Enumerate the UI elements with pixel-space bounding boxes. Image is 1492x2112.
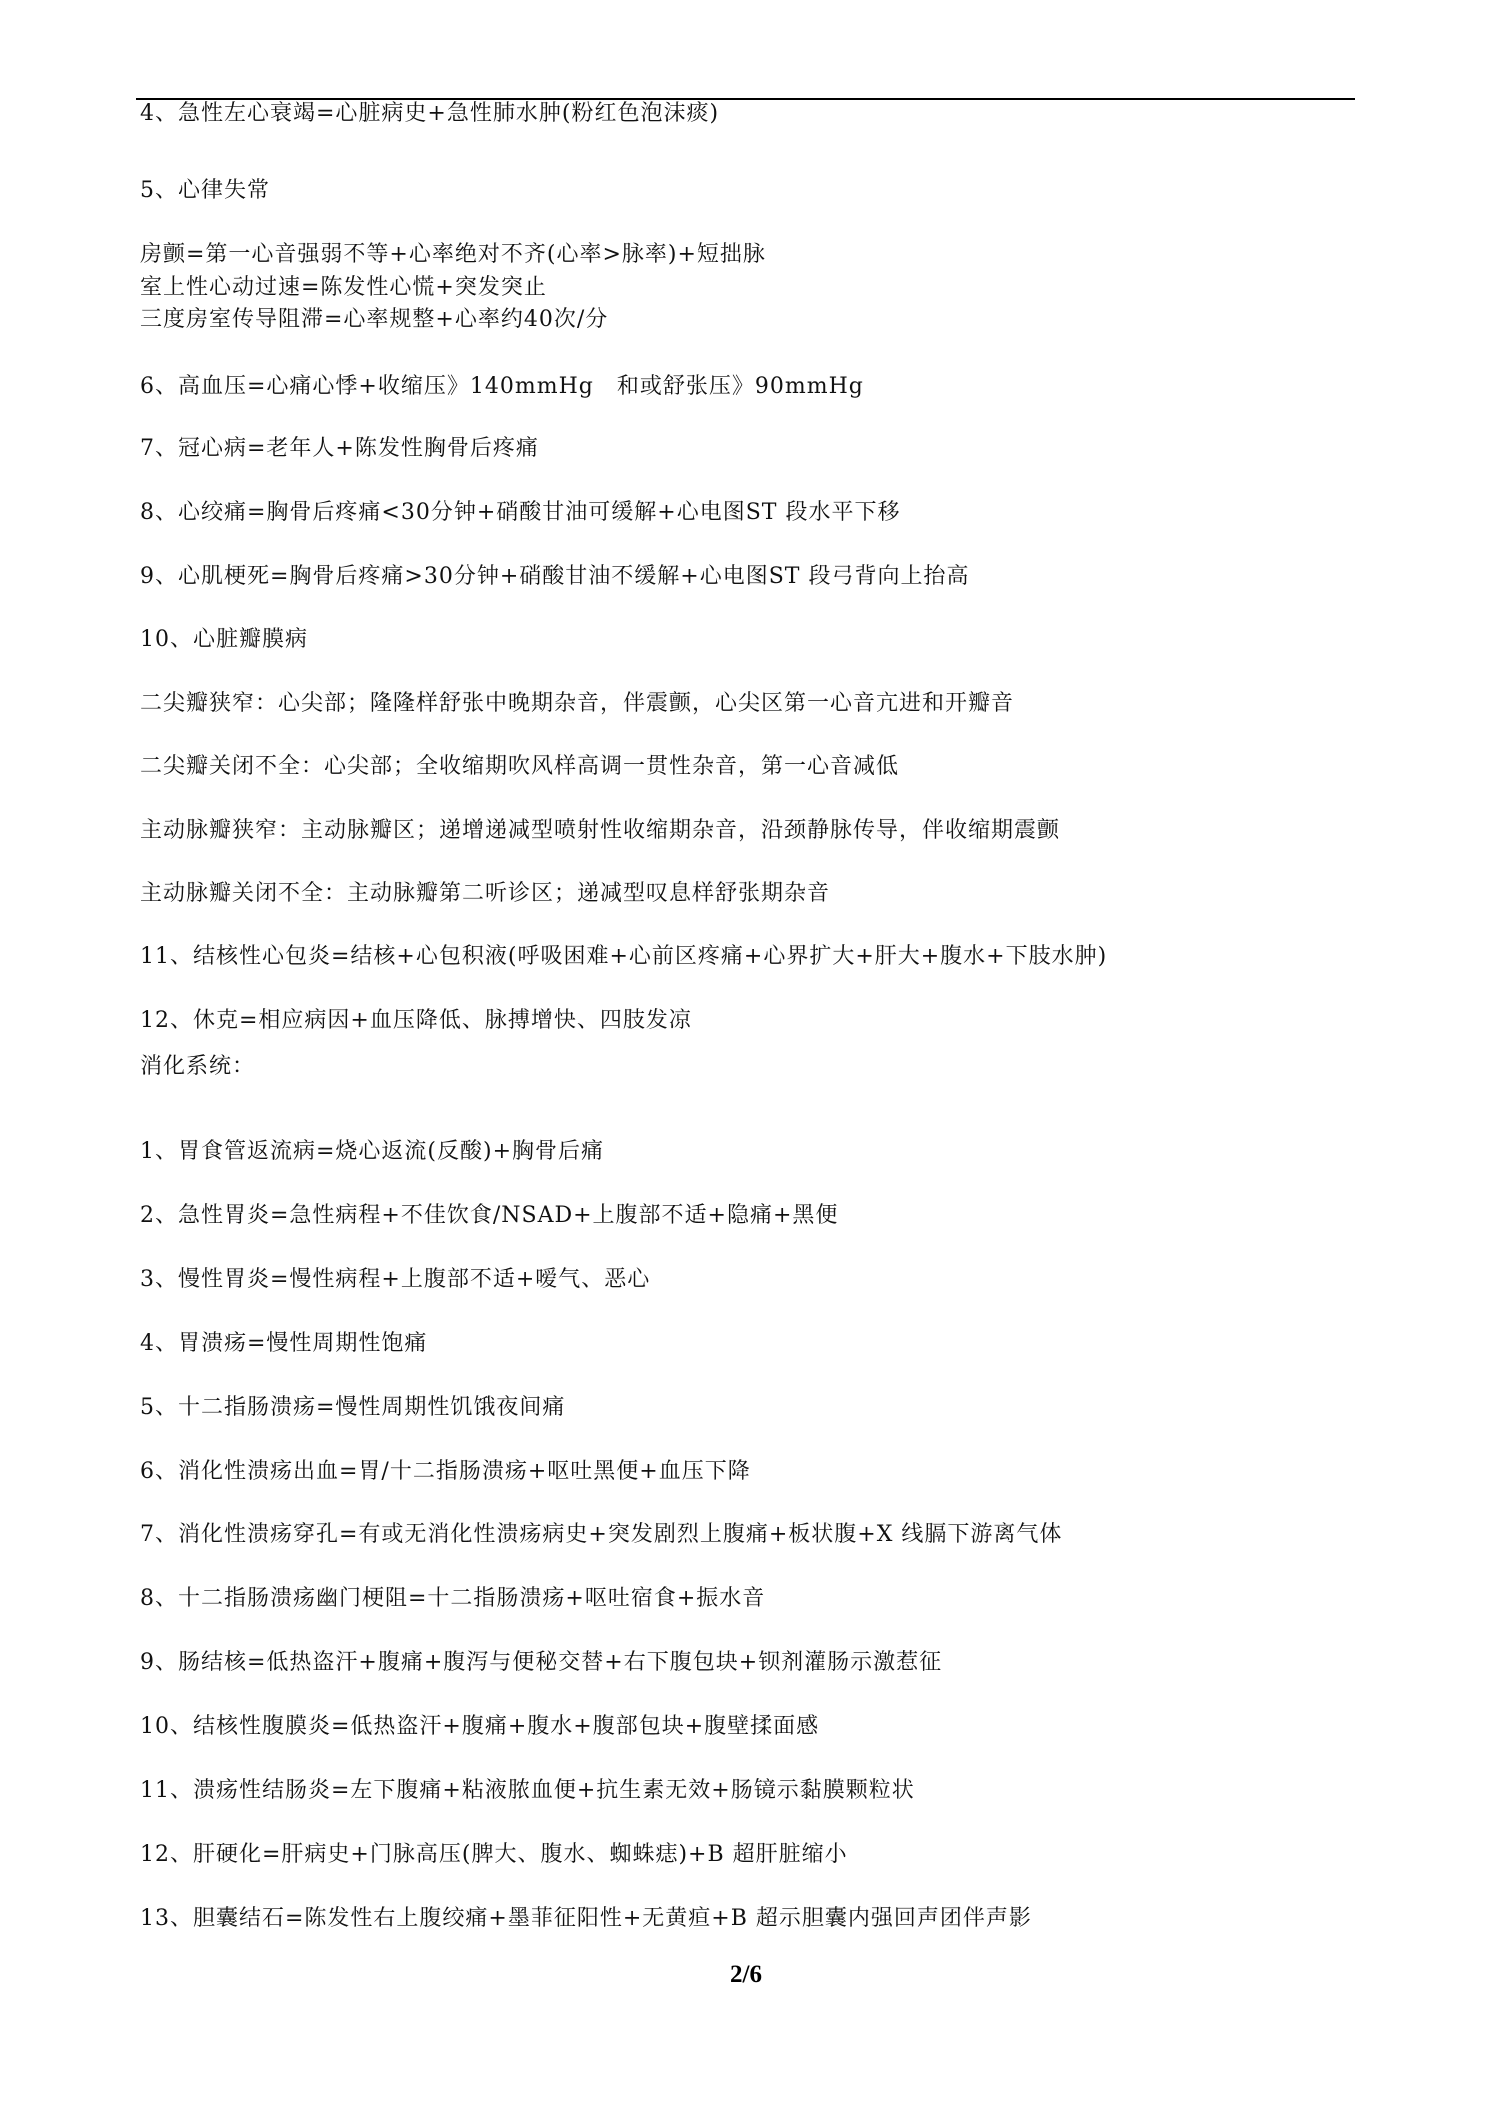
cardio-item-line: 室上性心动过速=陈发性心慌+突发突止 [140, 273, 547, 303]
digestive-item-line: 2、急性胃炎=急性病程+不佳饮食/NSAD+上腹部不适+隐痛+黑便 [140, 1201, 838, 1231]
cardio-item-line: 9、心肌梗死=胸骨后疼痛>30分钟+硝酸甘油不缓解+心电图ST 段弓背向上抬高 [140, 562, 969, 592]
cardio-item-line: 8、心绞痛=胸骨后疼痛<30分钟+硝酸甘油可缓解+心电图ST 段水平下移 [140, 498, 900, 528]
digestive-item-line: 9、肠结核=低热盗汗+腹痛+腹泻与便秘交替+右下腹包块+钡剂灌肠示激惹征 [140, 1648, 942, 1678]
digestive-item-line: 8、十二指肠溃疡幽门梗阻=十二指肠溃疡+呕吐宿食+振水音 [140, 1584, 765, 1614]
digestive-item-line: 1、胃食管返流病=烧心返流(反酸)+胸骨后痛 [140, 1137, 604, 1167]
cardio-item-line: 房颤=第一心音强弱不等+心率绝对不齐(心率>脉率)+短拙脉 [140, 240, 766, 270]
digestive-item-line: 7、消化性溃疡穿孔=有或无消化性溃疡病史+突发剧烈上腹痛+板状腹+X 线膈下游离… [140, 1520, 1062, 1550]
cardio-item-line: 主动脉瓣狭窄：主动脉瓣区；递增递减型喷射性收缩期杂音，沿颈静脉传导，伴收缩期震颤 [140, 816, 1060, 846]
digestive-item-line: 3、慢性胃炎=慢性病程+上腹部不适+嗳气、恶心 [140, 1265, 650, 1295]
digestive-item-line: 11、溃疡性结肠炎=左下腹痛+粘液脓血便+抗生素无效+肠镜示黏膜颗粒状 [140, 1776, 915, 1806]
digestive-heading: 消化系统： [140, 1052, 255, 1082]
digestive-item-line: 10、结核性腹膜炎=低热盗汗+腹痛+腹水+腹部包块+腹壁揉面感 [140, 1712, 819, 1742]
cardio-item-line: 三度房室传导阻滞=心率规整+心率约40次/分 [140, 305, 608, 335]
digestive-item-line: 6、消化性溃疡出血=胃/十二指肠溃疡+呕吐黑便+血压下降 [140, 1457, 751, 1487]
digestive-item-line: 12、肝硬化=肝病史+门脉高压(脾大、腹水、蜘蛛痣)+B 超肝脏缩小 [140, 1840, 848, 1870]
cardio-item-line: 10、心脏瓣膜病 [140, 625, 308, 655]
cardio-item-line: 7、冠心病=老年人+陈发性胸骨后疼痛 [140, 434, 539, 464]
page-number: 2/6 [0, 1961, 1492, 1989]
cardio-item-line: 4、急性左心衰竭=心脏病史+急性肺水肿(粉红色泡沫痰) [140, 99, 719, 129]
digestive-item-line: 13、胆囊结石=陈发性右上腹绞痛+墨菲征阳性+无黄疸+B 超示胆囊内强回声团伴声… [140, 1904, 1032, 1934]
cardio-item-line: 主动脉瓣关闭不全：主动脉瓣第二听诊区；递减型叹息样舒张期杂音 [140, 879, 830, 909]
digestive-item-line: 5、十二指肠溃疡=慢性周期性饥饿夜间痛 [140, 1393, 565, 1423]
digestive-item-line: 4、胃溃疡=慢性周期性饱痛 [140, 1329, 427, 1359]
cardio-item-line: 二尖瓣关闭不全：心尖部；全收缩期吹风样高调一贯性杂音，第一心音减低 [140, 752, 899, 782]
cardio-item-line: 二尖瓣狭窄：心尖部；隆隆样舒张中晚期杂音，伴震颤，心尖区第一心音亢进和开瓣音 [140, 689, 1014, 719]
cardio-item-line: 11、结核性心包炎=结核+心包积液(呼吸困难+心前区疼痛+心界扩大+肝大+腹水+… [140, 942, 1107, 972]
cardio-item-line: 6、高血压=心痛心悸+收缩压》140mmHg 和或舒张压》90mmHg [140, 372, 864, 402]
cardio-item-line: 5、心律失常 [140, 176, 270, 206]
cardio-item-line: 12、休克=相应病因+血压降低、脉搏增快、四肢发凉 [140, 1006, 692, 1036]
